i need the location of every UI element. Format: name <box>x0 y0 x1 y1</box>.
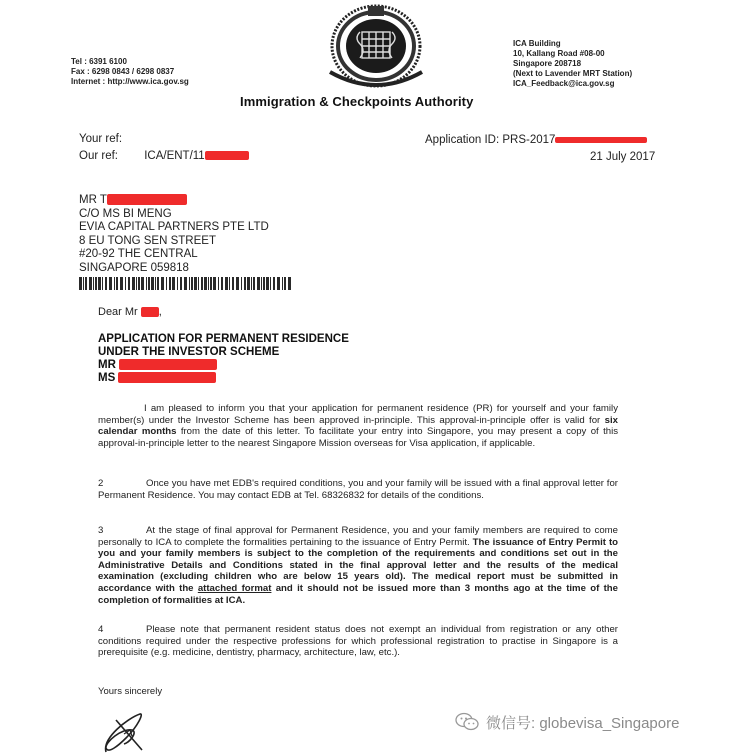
salutation: Dear Mr , <box>98 306 162 318</box>
letterhead-contact-left: Tel : 6391 6100 Fax : 6298 0843 / 6298 0… <box>71 57 189 87</box>
subject-applicant-mr: MR <box>98 359 349 372</box>
building-line: ICA Building <box>513 39 632 49</box>
wechat-watermark: 微信号: globevisa_Singapore <box>454 711 679 733</box>
application-id-value: PRS-2017 <box>502 134 555 146</box>
our-ref: Our ref: ICA/ENT/11 <box>79 150 249 162</box>
our-ref-label: Our ref: <box>79 150 141 162</box>
watermark-text: 微信号: globevisa_Singapore <box>486 712 679 733</box>
subject-ms-label: MS <box>98 372 115 384</box>
p1-text-b: from the date of this letter. To facilit… <box>98 426 618 449</box>
internet-line: Internet : http://www.ica.gov.sg <box>71 77 189 87</box>
subject-applicant-ms: MS <box>98 372 349 385</box>
signature-icon <box>100 708 150 756</box>
address-line: 8 EU TONG SEN STREET <box>79 235 269 249</box>
p2-number: 2 <box>98 478 146 490</box>
feedback-email: ICA_Feedback@ica.gov.sg <box>513 79 632 89</box>
agency-name: Immigration & Checkpoints Authority <box>240 94 473 109</box>
wechat-icon <box>454 711 480 733</box>
subject-line-1: APPLICATION FOR PERMANENT RESIDENCE <box>98 333 349 346</box>
paragraph-4: 4Please note that permanent resident sta… <box>98 624 618 659</box>
address-line: C/O MS BI MENG <box>79 208 269 222</box>
p2-text: Once you have met EDB's required conditi… <box>98 478 618 501</box>
p4-text: Please note that permanent resident stat… <box>98 624 618 658</box>
subject-line-2: UNDER THE INVESTOR SCHEME <box>98 346 349 359</box>
redaction-recipient-name <box>107 194 187 205</box>
redaction-application-id <box>555 137 647 143</box>
address-line: SINGAPORE 059818 <box>79 262 269 276</box>
landmark-line: (Next to Lavender MRT Station) <box>513 69 632 79</box>
fax-line: Fax : 6298 0843 / 6298 0837 <box>71 67 189 77</box>
ica-seal-icon <box>316 2 436 88</box>
subject-block: APPLICATION FOR PERMANENT RESIDENCE UNDE… <box>98 333 349 385</box>
application-id-label: Application ID: <box>425 134 499 146</box>
your-ref-label: Your ref: <box>79 133 141 145</box>
street-line: 10, Kallang Road #08-00 <box>513 49 632 59</box>
subject-mr-label: MR <box>98 359 116 371</box>
postal-line: Singapore 208718 <box>513 59 632 69</box>
p1-text-a: I am pleased to inform you that your app… <box>98 403 618 426</box>
salutation-text: Dear Mr <box>98 306 138 318</box>
our-ref-value: ICA/ENT/11 <box>144 150 205 162</box>
recipient-address: MR T C/O MS BI MENG EVIA CAPITAL PARTNER… <box>79 194 269 276</box>
your-ref: Your ref: <box>79 133 141 145</box>
recipient-name-line: MR T <box>79 194 269 208</box>
redaction-ms-name <box>118 372 216 383</box>
address-line: #20-92 THE CENTRAL <box>79 248 269 262</box>
paragraph-1: I am pleased to inform you that your app… <box>98 403 618 449</box>
p4-number: 4 <box>98 624 146 636</box>
barcode-icon <box>79 277 291 290</box>
tel-line: Tel : 6391 6100 <box>71 57 189 67</box>
redaction-mr-name <box>119 359 217 370</box>
recipient-name: MR T <box>79 194 107 206</box>
closing: Yours sincerely <box>98 686 162 697</box>
paragraph-3: 3At the stage of final approval for Perm… <box>98 525 618 606</box>
application-id: Application ID: PRS-2017 <box>425 134 647 146</box>
redaction-our-ref <box>205 151 249 160</box>
address-line: EVIA CAPITAL PARTNERS PTE LTD <box>79 221 269 235</box>
attached-format-link[interactable]: attached format <box>198 583 272 594</box>
letterhead-contact-right: ICA Building 10, Kallang Road #08-00 Sin… <box>513 39 632 89</box>
paragraph-2: 2Once you have met EDB's required condit… <box>98 478 618 501</box>
p3-number: 3 <box>98 525 146 537</box>
redaction-salutation-name <box>141 307 159 317</box>
letter-date: 21 July 2017 <box>590 151 655 163</box>
